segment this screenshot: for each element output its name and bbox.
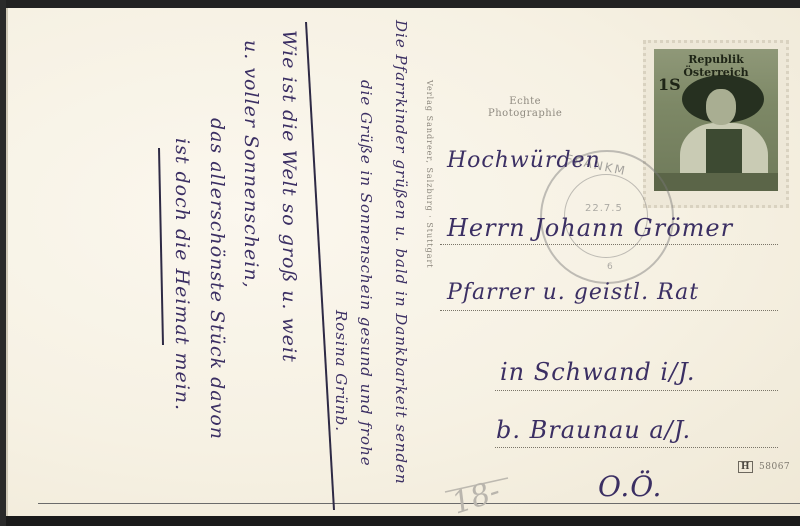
left-margin-line xyxy=(159,148,163,345)
caption-line: Photographie xyxy=(488,108,562,120)
face-shape xyxy=(706,89,736,125)
address-line: b. Braunau a/J. xyxy=(496,416,691,444)
catalog-number: H58067 xyxy=(738,461,790,473)
message-line: das allerschönste Stück davon xyxy=(206,118,228,440)
catalog-digits: 58067 xyxy=(759,462,790,472)
address-guide-line xyxy=(495,390,778,391)
address-line: Herrn Johann Grömer xyxy=(447,214,733,242)
publisher-imprint: Verlag Sandreer, Salzburg · Stuttgart xyxy=(425,80,434,269)
message-line: u. voller Sonnenschein, xyxy=(240,40,262,289)
address-line: in Schwand i/J. xyxy=(500,358,696,386)
stamp-value: 1S xyxy=(658,75,681,94)
address-guide-line xyxy=(440,310,778,311)
side-message-line: Die Pfarrkinder grüßen u. bald in Dankba… xyxy=(392,20,410,485)
stamp-base-band xyxy=(654,173,778,191)
message-line: Wie ist die Welt so groß u. weit xyxy=(278,30,300,363)
stamp-image: Republik Österreich 1S xyxy=(654,49,778,191)
address-line: O.Ö. xyxy=(598,470,662,503)
signature: Rosina Grünb. xyxy=(332,310,350,432)
message-line: ist doch die Heimat mein. xyxy=(171,138,193,411)
side-message-line: die Grüße in Sonnenschein gesund und fro… xyxy=(357,80,375,467)
address-guide-line xyxy=(495,447,778,448)
postmark-date: 22.7.5 xyxy=(585,203,623,214)
address-line: Pfarrer u. geistl. Rat xyxy=(447,280,699,305)
postmark-code: 6 xyxy=(607,262,613,272)
printed-caption: Echte Photographie xyxy=(488,96,562,120)
center-divider-line xyxy=(306,22,334,510)
caption-line: Echte xyxy=(488,96,562,108)
address-line: Hochwürden xyxy=(447,148,601,173)
catalog-prefix: H xyxy=(738,461,753,473)
